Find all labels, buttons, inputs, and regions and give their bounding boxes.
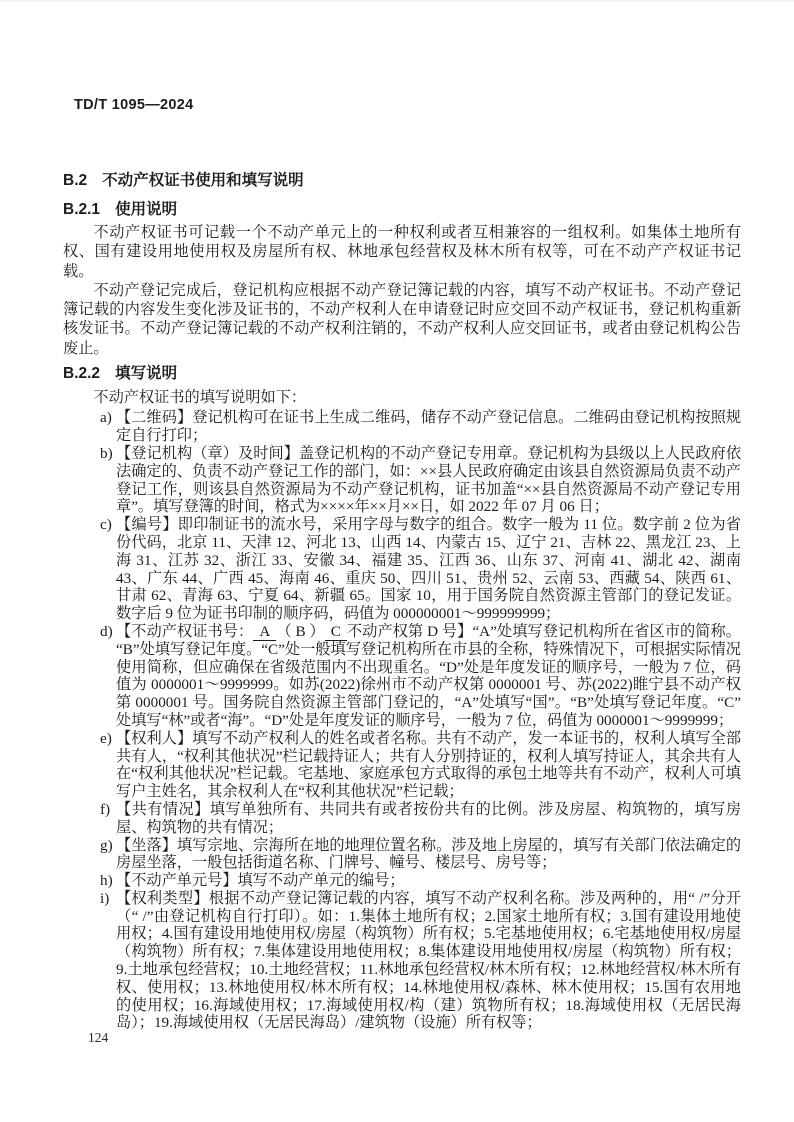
list-item-text: 【共有情况】填写单独所有、共同共有或者按份共有的比例。涉及房屋、构筑物的，填写房… xyxy=(116,801,741,836)
section-b2-heading: B.2不动产权证书使用和填写说明 xyxy=(63,172,741,189)
list-item-text: 【权利类型】根据不动产登记簿记载的内容，填写不动产权利名称。涉及两种的，用“ /… xyxy=(116,890,741,1032)
document-page: TD/T 1095—2024 B.2不动产权证书使用和填写说明 B.2.1使用说… xyxy=(0,0,794,1122)
underline-field-a: A xyxy=(253,623,276,641)
list-marker: h) xyxy=(100,872,113,890)
list-item-f: f)【共有情况】填写单独所有、共同共有或者按份共有的比例。涉及房屋、构筑物的，填… xyxy=(63,801,741,837)
usage-paragraph-1: 不动产权证书可记载一个不动产单元上的一种权利或者互相兼容的一组权利。如集体土地所… xyxy=(63,223,741,281)
underline-field-c: C xyxy=(325,623,347,641)
section-b22-heading: B.2.2填写说明 xyxy=(63,365,741,382)
standard-number: TD/T 1095—2024 xyxy=(74,98,741,113)
instruction-list: a)【二维码】登记机构可在证书上生成二维码，储存不动产登记信息。二维码由登记机构… xyxy=(63,409,741,1032)
list-item-text: 【编号】即印制证书的流水号，采用字母与数字的组合。数字一般为 11 位。数字前 … xyxy=(116,516,741,622)
list-item-b: b)【登记机构（章）及时间】盖登记机构的不动产登记专用章。登记机构为县级以上人民… xyxy=(63,445,741,516)
usage-paragraph-2: 不动产登记完成后，登记机构应根据不动产登记簿记载的内容，填写不动产权证书。不动产… xyxy=(63,281,741,358)
certificate-number-pre: 【不动产权证书号： xyxy=(116,623,253,640)
section-b2-title: 不动产权证书使用和填写说明 xyxy=(102,172,304,189)
list-item-a: a)【二维码】登记机构可在证书上生成二维码，储存不动产登记信息。二维码由登记机构… xyxy=(63,409,741,445)
list-marker: a) xyxy=(100,409,112,427)
fill-instructions-intro: 不动产权证书的填写说明如下： xyxy=(63,388,741,407)
list-item-text: 【不动产单元号】填写不动产单元的编号； xyxy=(116,872,405,889)
list-item-text: 【权利人】填写不动产权利人的姓名或者名称。共有不动产，发一本证书的，权利人填写全… xyxy=(116,730,741,800)
list-marker: b) xyxy=(100,445,113,463)
section-b21-heading: B.2.1使用说明 xyxy=(63,201,741,218)
section-b21-title: 使用说明 xyxy=(115,201,177,218)
section-b22-number: B.2.2 xyxy=(63,365,100,382)
list-item-d: d)【不动产权证书号：A（ B ）C不动产权第 D 号】“A”处填写登记机构所在… xyxy=(63,623,741,730)
list-marker: f) xyxy=(100,801,110,819)
section-b21-number: B.2.1 xyxy=(63,201,100,218)
list-item-e: e)【权利人】填写不动产权利人的姓名或者名称。共有不动产，发一本证书的，权利人填… xyxy=(63,730,741,801)
list-item-i: i)【权利类型】根据不动产登记簿记载的内容，填写不动产权利名称。涉及两种的，用“… xyxy=(63,890,741,1032)
list-marker: e) xyxy=(100,730,112,748)
section-b2-number: B.2 xyxy=(63,172,87,189)
list-marker: g) xyxy=(100,837,113,855)
list-marker: d) xyxy=(100,623,113,641)
list-item-g: g)【坐落】填写宗地、宗海所在地的地理位置名称。涉及地上房屋的，填写有关部门依法… xyxy=(63,837,741,873)
list-item-text: 【登记机构（章）及时间】盖登记机构的不动产登记专用章。登记机构为县级以上人民政府… xyxy=(116,445,741,515)
page-number: 124 xyxy=(88,1030,108,1045)
list-item-c: c)【编号】即印制证书的流水号，采用字母与数字的组合。数字一般为 11 位。数字… xyxy=(63,516,741,623)
list-item-text: 【二维码】登记机构可在证书上生成二维码，储存不动产登记信息。二维码由登记机构按照… xyxy=(116,409,741,444)
list-item-h: h)【不动产单元号】填写不动产单元的编号； xyxy=(63,872,741,890)
list-item-text: 【不动产权证书号：A（ B ）C不动产权第 D 号】“A”处填写登记机构所在省区… xyxy=(116,623,741,729)
section-b22-title: 填写说明 xyxy=(115,365,177,382)
list-marker: i) xyxy=(100,890,109,908)
list-item-text: 【坐落】填写宗地、宗海所在地的地理位置名称。涉及地上房屋的，填写有关部门依法确定… xyxy=(116,837,741,872)
list-marker: c) xyxy=(100,516,112,534)
certificate-number-mid: （ B ） xyxy=(276,623,324,640)
